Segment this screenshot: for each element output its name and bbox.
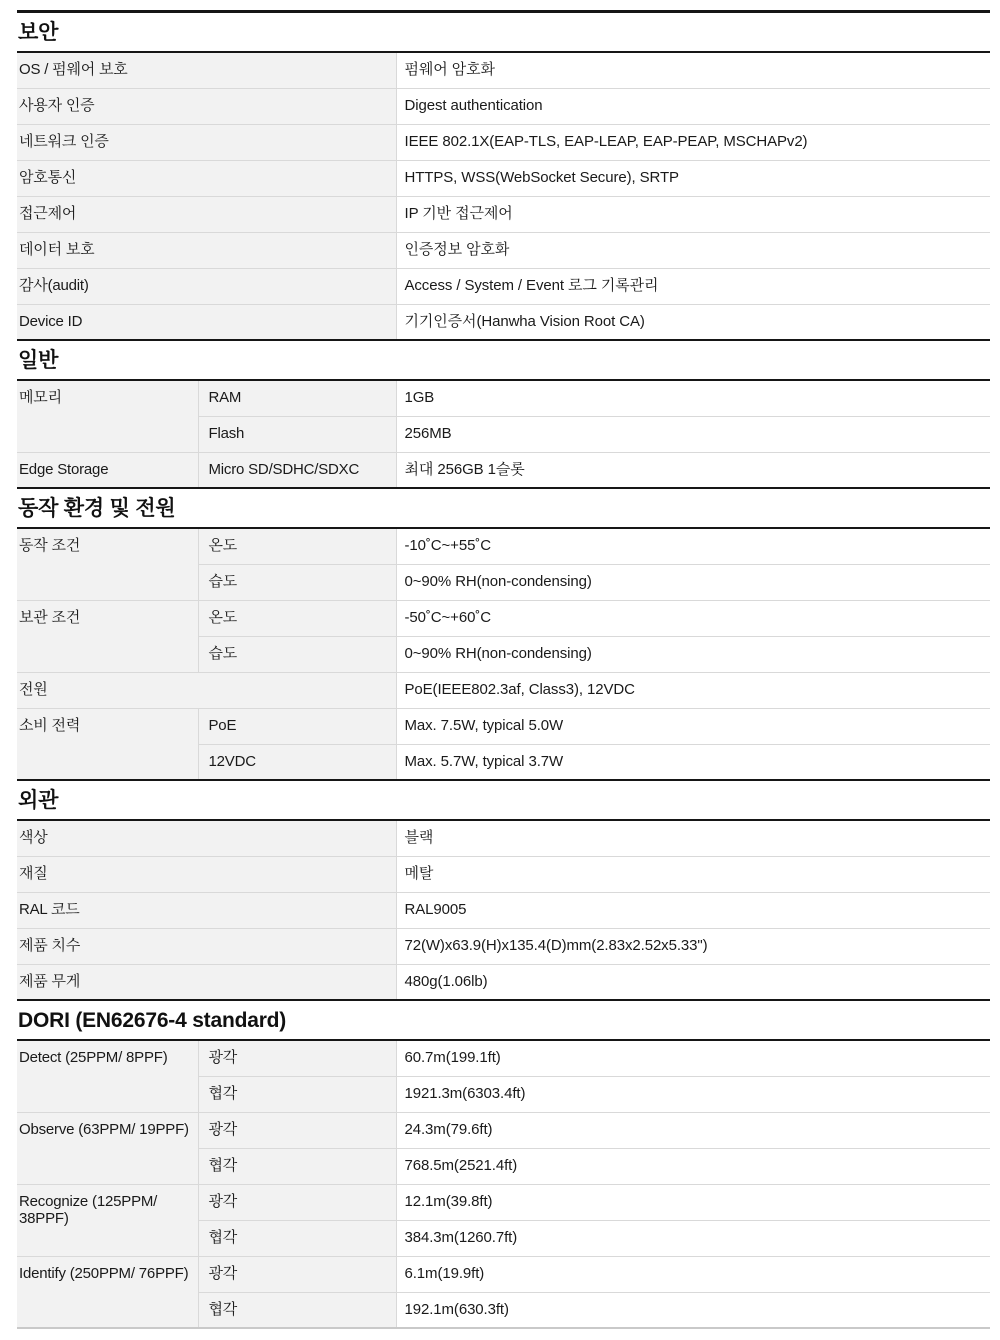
row-label: 동작 조건 <box>17 528 198 600</box>
row-sublabel: 광각 <box>198 1112 396 1148</box>
table-row: 메모리RAM1GB <box>17 380 990 416</box>
table-row: Identify (250PPM/ 76PPF)광각6.1m(19.9ft) <box>17 1256 990 1292</box>
row-value: IEEE 802.1X(EAP-TLS, EAP-LEAP, EAP-PEAP,… <box>396 124 990 160</box>
row-sublabel: 광각 <box>198 1256 396 1292</box>
table-row: RAL 코드RAL9005 <box>17 892 990 928</box>
table-row: 접근제어IP 기반 접근제어 <box>17 196 990 232</box>
table-row: 전원PoE(IEEE802.3af, Class3), 12VDC <box>17 672 990 708</box>
row-label: Identify (250PPM/ 76PPF) <box>17 1256 198 1328</box>
row-value: -10˚C~+55˚C <box>396 528 990 564</box>
section-title-dori: DORI (EN62676-4 standard) <box>17 1001 990 1039</box>
row-label: Recognize (125PPM/ 38PPF) <box>17 1184 198 1256</box>
row-value: PoE(IEEE802.3af, Class3), 12VDC <box>396 672 990 708</box>
row-label: 네트워크 인증 <box>17 124 396 160</box>
row-label: 전원 <box>17 672 396 708</box>
row-value: 펌웨어 암호화 <box>396 52 990 88</box>
section-security: 보안OS / 펌웨어 보호펌웨어 암호화사용자 인증Digest authent… <box>17 13 990 341</box>
row-sublabel: 협각 <box>198 1148 396 1184</box>
row-label: 암호통신 <box>17 160 396 196</box>
table-row: Edge StorageMicro SD/SDHC/SDXC최대 256GB 1… <box>17 452 990 488</box>
row-label: Edge Storage <box>17 452 198 488</box>
row-label: 재질 <box>17 856 396 892</box>
row-value: 0~90% RH(non-condensing) <box>396 564 990 600</box>
section-title-security: 보안 <box>17 13 990 51</box>
section-appearance: 외관색상블랙재질메탈RAL 코드RAL9005제품 치수72(W)x63.9(H… <box>17 781 990 1001</box>
section-title-environment-power: 동작 환경 및 전원 <box>17 489 990 527</box>
row-label: Observe (63PPM/ 19PPF) <box>17 1112 198 1184</box>
table-row: 암호통신HTTPS, WSS(WebSocket Secure), SRTP <box>17 160 990 196</box>
row-sublabel: 협각 <box>198 1220 396 1256</box>
section-title-general: 일반 <box>17 341 990 379</box>
row-value: 480g(1.06lb) <box>396 964 990 1000</box>
table-row: 동작 조건온도-10˚C~+55˚C <box>17 528 990 564</box>
row-sublabel: 습도 <box>198 636 396 672</box>
row-value: 60.7m(199.1ft) <box>396 1040 990 1076</box>
row-sublabel: 협각 <box>198 1076 396 1112</box>
row-sublabel: Flash <box>198 416 396 452</box>
row-label: 제품 치수 <box>17 928 396 964</box>
row-label: Detect (25PPM/ 8PPF) <box>17 1040 198 1112</box>
row-value: 최대 256GB 1슬롯 <box>396 452 990 488</box>
section-dori: DORI (EN62676-4 standard)Detect (25PPM/ … <box>17 1001 990 1329</box>
row-value: 384.3m(1260.7ft) <box>396 1220 990 1256</box>
row-sublabel: Micro SD/SDHC/SDXC <box>198 452 396 488</box>
row-sublabel: RAM <box>198 380 396 416</box>
row-sublabel: 광각 <box>198 1184 396 1220</box>
table-row: 소비 전력PoEMax. 7.5W, typical 5.0W <box>17 708 990 744</box>
section-general: 일반메모리RAM1GBFlash256MBEdge StorageMicro S… <box>17 341 990 489</box>
row-value: -50˚C~+60˚C <box>396 600 990 636</box>
row-label: OS / 펌웨어 보호 <box>17 52 396 88</box>
row-value: Max. 7.5W, typical 5.0W <box>396 708 990 744</box>
spec-sheet: 보안OS / 펌웨어 보호펌웨어 암호화사용자 인증Digest authent… <box>17 10 990 1329</box>
row-value: 1921.3m(6303.4ft) <box>396 1076 990 1112</box>
row-label: 색상 <box>17 820 396 856</box>
table-row: Detect (25PPM/ 8PPF)광각60.7m(199.1ft) <box>17 1040 990 1076</box>
table-row: OS / 펌웨어 보호펌웨어 암호화 <box>17 52 990 88</box>
table-row: 네트워크 인증IEEE 802.1X(EAP-TLS, EAP-LEAP, EA… <box>17 124 990 160</box>
row-value: 12.1m(39.8ft) <box>396 1184 990 1220</box>
row-label: 감사(audit) <box>17 268 396 304</box>
table-row: 데이터 보호인증정보 암호화 <box>17 232 990 268</box>
row-value: Max. 5.7W, typical 3.7W <box>396 744 990 780</box>
row-label: 접근제어 <box>17 196 396 232</box>
row-value: RAL9005 <box>396 892 990 928</box>
table-row: 제품 치수72(W)x63.9(H)x135.4(D)mm(2.83x2.52x… <box>17 928 990 964</box>
spec-table-appearance: 색상블랙재질메탈RAL 코드RAL9005제품 치수72(W)x63.9(H)x… <box>17 819 990 1001</box>
spec-table-general: 메모리RAM1GBFlash256MBEdge StorageMicro SD/… <box>17 379 990 489</box>
row-sublabel: 12VDC <box>198 744 396 780</box>
row-value: 0~90% RH(non-condensing) <box>396 636 990 672</box>
row-value: 1GB <box>396 380 990 416</box>
row-sublabel: 광각 <box>198 1040 396 1076</box>
table-row: Recognize (125PPM/ 38PPF)광각12.1m(39.8ft) <box>17 1184 990 1220</box>
row-value: 기기인증서(Hanwha Vision Root CA) <box>396 304 990 340</box>
table-row: 감사(audit)Access / System / Event 로그 기록관리 <box>17 268 990 304</box>
row-sublabel: 협각 <box>198 1292 396 1328</box>
table-row: 재질메탈 <box>17 856 990 892</box>
row-label: 제품 무게 <box>17 964 396 1000</box>
row-value: 인증정보 암호화 <box>396 232 990 268</box>
spec-table-security: OS / 펌웨어 보호펌웨어 암호화사용자 인증Digest authentic… <box>17 51 990 341</box>
section-title-appearance: 외관 <box>17 781 990 819</box>
row-value: Access / System / Event 로그 기록관리 <box>396 268 990 304</box>
table-row: 보관 조건온도-50˚C~+60˚C <box>17 600 990 636</box>
row-label: 사용자 인증 <box>17 88 396 124</box>
row-label: 소비 전력 <box>17 708 198 780</box>
section-environment-power: 동작 환경 및 전원동작 조건온도-10˚C~+55˚C습도0~90% RH(n… <box>17 489 990 781</box>
sections-container: 보안OS / 펌웨어 보호펌웨어 암호화사용자 인증Digest authent… <box>17 13 990 1329</box>
row-value: 6.1m(19.9ft) <box>396 1256 990 1292</box>
row-label: Device ID <box>17 304 396 340</box>
row-label: 메모리 <box>17 380 198 452</box>
table-row: 제품 무게480g(1.06lb) <box>17 964 990 1000</box>
table-row: 색상블랙 <box>17 820 990 856</box>
row-value: Digest authentication <box>396 88 990 124</box>
row-value: IP 기반 접근제어 <box>396 196 990 232</box>
table-row: 사용자 인증Digest authentication <box>17 88 990 124</box>
row-value: 24.3m(79.6ft) <box>396 1112 990 1148</box>
row-label: 보관 조건 <box>17 600 198 672</box>
row-label: 데이터 보호 <box>17 232 396 268</box>
table-row: Observe (63PPM/ 19PPF)광각24.3m(79.6ft) <box>17 1112 990 1148</box>
row-sublabel: 습도 <box>198 564 396 600</box>
row-sublabel: 온도 <box>198 528 396 564</box>
row-sublabel: PoE <box>198 708 396 744</box>
row-value: 블랙 <box>396 820 990 856</box>
row-value: 192.1m(630.3ft) <box>396 1292 990 1328</box>
table-row: Device ID기기인증서(Hanwha Vision Root CA) <box>17 304 990 340</box>
row-value: 256MB <box>396 416 990 452</box>
row-value: 72(W)x63.9(H)x135.4(D)mm(2.83x2.52x5.33"… <box>396 928 990 964</box>
spec-table-dori: Detect (25PPM/ 8PPF)광각60.7m(199.1ft)협각19… <box>17 1039 990 1329</box>
row-value: 메탈 <box>396 856 990 892</box>
row-sublabel: 온도 <box>198 600 396 636</box>
spec-table-environment-power: 동작 조건온도-10˚C~+55˚C습도0~90% RH(non-condens… <box>17 527 990 781</box>
row-value: 768.5m(2521.4ft) <box>396 1148 990 1184</box>
row-value: HTTPS, WSS(WebSocket Secure), SRTP <box>396 160 990 196</box>
row-label: RAL 코드 <box>17 892 396 928</box>
